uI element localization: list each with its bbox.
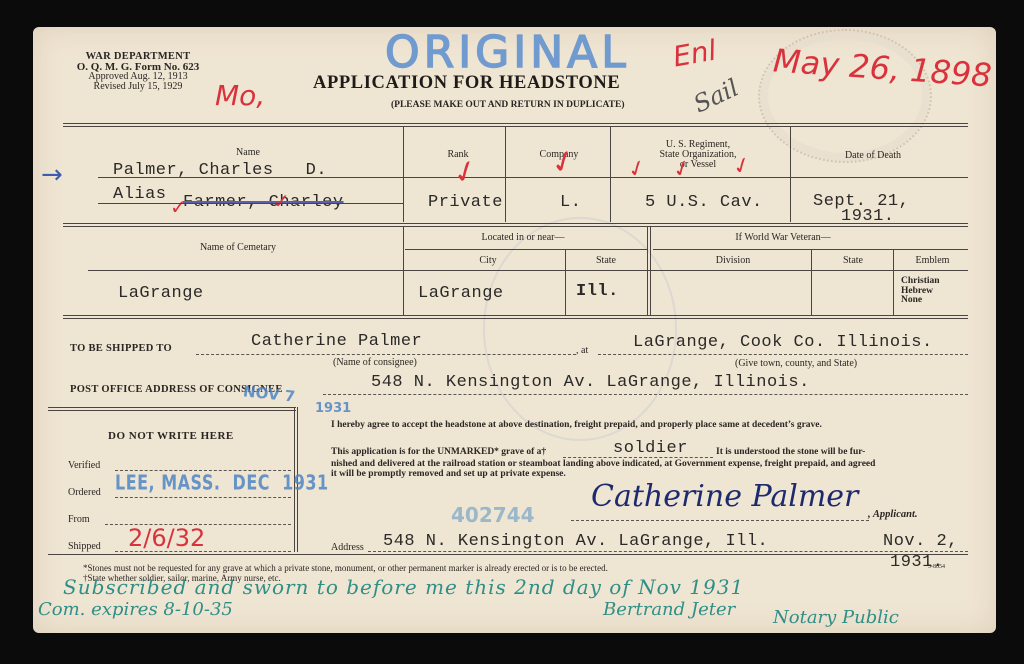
notary-statement: Subscribed and sworn to before me this 2…	[63, 575, 744, 599]
unmarked-prefix: This application is for the UNMARKED* gr…	[331, 447, 546, 457]
notary-signature: Bertrand Jeter	[603, 599, 735, 620]
row2-header-rule	[88, 270, 968, 271]
address-label: Address	[331, 542, 364, 553]
red-check-icon: ✓	[170, 195, 187, 219]
grave-of-value: soldier	[613, 439, 688, 458]
form-header-info: WAR DEPARTMENT O. Q. M. G. Form No. 623 …	[63, 52, 213, 92]
page-subtitle: (PLEASE MAKE OUT AND RETURN IN DUPLICATE…	[391, 100, 624, 110]
stones-footnote: *Stones must not be requested for any gr…	[83, 563, 608, 573]
print-code: 3-8654	[928, 564, 945, 570]
pencil-annotation: Sail	[689, 74, 743, 119]
ordered-line	[115, 497, 291, 498]
destination-value: LaGrange, Cook Co. Illinois.	[633, 333, 933, 352]
agreement-text: I hereby agree to accept the headstone a…	[331, 420, 822, 431]
ordered-label: Ordered	[68, 487, 101, 498]
divider	[610, 127, 611, 222]
notary-commission-expiry: Com. expires 8-10-35	[38, 599, 233, 620]
destination-line	[598, 354, 968, 355]
office-box-bottom	[48, 554, 968, 555]
divider	[893, 249, 894, 315]
unmarked-suffix: It is understood the stone will be fur-	[716, 447, 865, 457]
emblem-option-none: None	[901, 296, 940, 306]
label-located: Located in or near—	[423, 232, 623, 243]
label-wwv-state: State	[813, 255, 893, 266]
red-annotation-mo: Mo,	[215, 79, 265, 112]
consignee-caption: (Name of consignee)	[333, 357, 417, 368]
label-wwv: If World War Veteran—	[683, 232, 883, 243]
cemetery-value: LaGrange	[118, 284, 204, 303]
red-check-icon: ✓	[273, 189, 290, 213]
label-division: Division	[663, 255, 803, 266]
signature-line	[571, 520, 869, 521]
applicant-label: , Applicant.	[868, 509, 918, 520]
city-value: LaGrange	[418, 284, 504, 303]
original-stamp: ORIGINAL	[385, 27, 630, 78]
divider	[811, 249, 812, 315]
regiment-value: 5 U.S. Cav.	[645, 193, 763, 212]
received-year-stamp: 1931	[315, 401, 351, 416]
address-value: 548 N. Kensington Av. LaGrange, Ill.	[383, 532, 768, 551]
notary-title: Notary Public	[773, 607, 899, 628]
office-box-top	[48, 407, 296, 411]
verified-label: Verified	[68, 460, 100, 471]
po-address-value: 548 N. Kensington Av. LaGrange, Illinois…	[371, 373, 810, 392]
po-address-line	[323, 394, 968, 395]
label-date-of-death: Date of Death	[803, 150, 943, 161]
rule-row2-top	[63, 223, 968, 227]
from-label: From	[68, 514, 90, 525]
company-value: L.	[560, 193, 581, 212]
ordered-stamp: LEE, MASS. DEC 1931	[115, 470, 329, 495]
consignee-line	[196, 354, 576, 355]
unmarked-text-line2: nished and delivered at the railroad sta…	[331, 459, 875, 469]
label-cemetery: Name of Cemetary	[163, 242, 313, 253]
shipped-to-label: TO BE SHIPPED TO	[70, 343, 172, 354]
divider	[403, 227, 404, 315]
emblem-options: Christian Hebrew None	[901, 277, 940, 306]
unmarked-text-line3: it will be promptly removed and set up a…	[331, 469, 566, 479]
label-emblem: Emblem	[895, 255, 970, 266]
unmarked-text-line1: This application is for the UNMARKED* gr…	[331, 447, 546, 457]
alias-label: Alias	[113, 185, 167, 204]
state-value: Ill.	[576, 282, 619, 301]
applicant-signature: Catherine Palmer	[591, 479, 858, 514]
page-title: APPLICATION FOR HEADSTONE	[313, 73, 620, 94]
divider	[403, 127, 404, 222]
destination-caption: (Give town, county, and State)	[735, 358, 857, 369]
application-date-line1: Nov. 2,	[883, 532, 958, 551]
shipped-date-value: 2/6/32	[128, 524, 205, 552]
rule-top	[63, 123, 968, 127]
divider	[790, 127, 791, 222]
blue-arrow-icon: →	[41, 160, 63, 190]
red-annotation-enl: Enl	[670, 33, 718, 73]
received-date-stamp: NOV 7	[242, 382, 296, 405]
label-name: Name	[173, 147, 323, 158]
name-underline	[98, 203, 403, 204]
revised-date: Revised July 15, 1929	[63, 82, 213, 92]
office-box-title: DO NOT WRITE HERE	[108, 430, 234, 442]
rank-value: Private	[428, 193, 503, 212]
address-line	[368, 551, 968, 552]
decedent-name: Palmer, Charles D.	[113, 161, 327, 180]
at-label: , at	[576, 345, 588, 356]
headstone-application-card: WAR DEPARTMENT O. Q. M. G. Form No. 623 …	[33, 27, 996, 633]
rule-row2-bottom	[63, 315, 968, 319]
divider	[505, 127, 506, 222]
label-state: State	[566, 255, 646, 266]
shipped-label: Shipped	[68, 541, 101, 552]
divider	[647, 227, 651, 315]
serial-number-stamp: 402744	[451, 503, 535, 527]
label-city: City	[413, 255, 563, 266]
located-rule	[405, 249, 648, 250]
divider	[565, 249, 566, 315]
consignee-value: Catherine Palmer	[251, 332, 422, 351]
